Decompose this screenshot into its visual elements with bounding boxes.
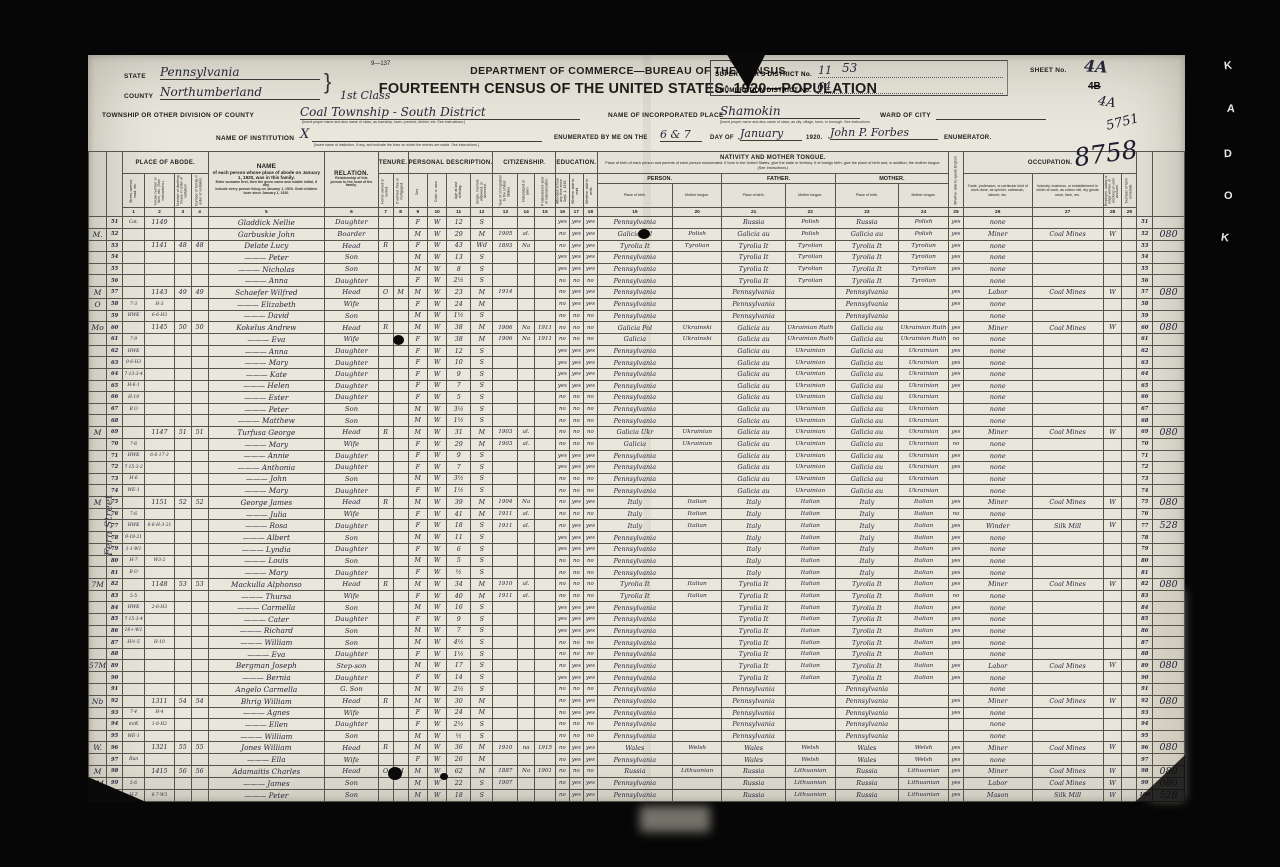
mother-tongue [672, 660, 722, 672]
age: 36 [447, 742, 471, 754]
street: 0-6-H3 [123, 357, 145, 369]
margin-mark [89, 345, 107, 357]
owned-free-or-mortgaged [393, 217, 408, 229]
industry-code [1153, 614, 1185, 626]
occupation: none [963, 275, 1032, 287]
home-owned-or-rented [378, 368, 393, 380]
industry-code [1153, 672, 1185, 684]
able-to-write: yes [583, 532, 597, 544]
margin-mark: M [89, 765, 107, 777]
farm-schedule [1122, 252, 1137, 264]
census-row: 62HWK——— AnnaDaughterFW12SyesyesyesPenns… [89, 345, 1185, 357]
immigration-year: 1887 [493, 765, 518, 777]
line-number-right: 96 [1137, 742, 1153, 754]
house-number [145, 648, 175, 660]
marital-status: S [471, 462, 493, 474]
father-mother-tongue: Ukrainian [785, 426, 835, 438]
employment-class [1103, 473, 1122, 485]
marital-status: S [471, 310, 493, 322]
margin-mark [89, 614, 107, 626]
naturalization-year [535, 660, 556, 672]
street [123, 496, 145, 508]
column-number: 8 [393, 208, 408, 217]
farm-schedule [1122, 567, 1137, 579]
speaks-english: yes [949, 625, 964, 637]
able-to-read: no [569, 403, 583, 415]
employment-class [1103, 217, 1122, 229]
industry-code: 080 [1153, 660, 1185, 672]
house-number: 1149 [145, 217, 175, 229]
family-number [191, 310, 208, 322]
mother-birthplace: Tyrolia It [835, 590, 898, 602]
home-owned-or-rented [378, 648, 393, 660]
able-to-write: no [583, 322, 597, 334]
mother-tongue [672, 544, 722, 556]
father-birthplace: Tyrolia It [722, 578, 785, 590]
birthplace: Pennsylvania [597, 462, 672, 474]
margin-mark: Mo [89, 322, 107, 334]
owned-free-or-mortgaged [393, 719, 408, 731]
column-number: 20 [672, 208, 722, 217]
father-birthplace: Italy [722, 496, 785, 508]
able-to-read: yes [569, 695, 583, 707]
margin-mark [89, 730, 107, 742]
occupation: none [963, 625, 1032, 637]
marital-status: S [471, 614, 493, 626]
line-number: 80 [107, 555, 123, 567]
mother-mother-tongue: Ukrainian [899, 368, 949, 380]
home-owned-or-rented [378, 625, 393, 637]
occupation: Miner [963, 496, 1032, 508]
dwelling-number: 53 [174, 578, 191, 590]
speaks-english: no [949, 438, 964, 450]
nativity-subgroup: MOTHER. [835, 174, 948, 184]
father-mother-tongue: Ukrainian [785, 345, 835, 357]
attended-school: no [555, 742, 569, 754]
owned-free-or-mortgaged [393, 310, 408, 322]
dwelling-number: 56 [174, 765, 191, 777]
dwelling-number [174, 380, 191, 392]
street: 7-4 [123, 707, 145, 719]
birthplace: Pennsylvania [597, 555, 672, 567]
naturalized-or-alien [518, 357, 535, 369]
age: 23 [447, 286, 471, 298]
house-number [145, 345, 175, 357]
owned-free-or-mortgaged [393, 532, 408, 544]
group-place-of-abode: PLACE OF ABODE. [123, 152, 208, 174]
employment-class [1103, 614, 1122, 626]
line-number-right: 97 [1137, 754, 1153, 766]
attended-school: no [555, 754, 569, 766]
margin-mark [89, 263, 107, 275]
naturalized-or-alien [518, 684, 535, 696]
mother-tongue [672, 730, 722, 742]
speaks-english: yes [949, 544, 964, 556]
column-note: Attended school any time since Sept. 1, … [555, 174, 569, 208]
header-group-row: PLACE OF ABODE. NAME of each person whos… [89, 152, 1185, 174]
house-number: 1151 [145, 496, 175, 508]
color-or-race: W [427, 368, 446, 380]
marital-status: S [471, 672, 493, 684]
name: Delate Lucy [208, 240, 325, 252]
color-or-race: W [427, 496, 446, 508]
occupation: Winder [963, 520, 1032, 532]
relation: Head [325, 240, 378, 252]
birthplace: Galicia Pol [597, 322, 672, 334]
able-to-read: no [569, 275, 583, 287]
name: ——— Eva [208, 334, 325, 346]
column-number: 14 [518, 208, 535, 217]
street: 5-5 [123, 590, 145, 602]
home-owned-or-rented [378, 462, 393, 474]
father-mother-tongue: Lithuanian [785, 789, 835, 801]
column-note: Street, avenue, road, etc. [123, 174, 145, 208]
naturalization-year [535, 228, 556, 240]
marital-status: M [471, 754, 493, 766]
home-owned-or-rented [378, 719, 393, 731]
naturalized-or-alien [518, 777, 535, 789]
family-number [191, 450, 208, 462]
home-owned-or-rented [378, 380, 393, 392]
employment-class [1103, 532, 1122, 544]
mother-birthplace: Pennsylvania [835, 298, 898, 310]
incorporated-place-value: Shamokin [720, 104, 860, 119]
mother-mother-tongue [899, 310, 949, 322]
relation: Daughter [325, 462, 378, 474]
relation: Head [325, 578, 378, 590]
home-owned-or-rented [378, 789, 393, 801]
street: 7-15-3-4 [123, 614, 145, 626]
industry [1032, 310, 1103, 322]
street [123, 263, 145, 275]
age: 43 [447, 240, 471, 252]
father-birthplace: Tyrolia It [722, 275, 785, 287]
industry-code [1153, 275, 1185, 287]
house-number [145, 672, 175, 684]
birthplace: Pennsylvania [597, 730, 672, 742]
name: Garbuskie John [208, 228, 325, 240]
immigration-year [493, 754, 518, 766]
immigration-year [493, 415, 518, 427]
relation: Son [325, 415, 378, 427]
film-brand-letter: A [1227, 103, 1236, 116]
attended-school: yes [555, 602, 569, 614]
mother-tongue [672, 473, 722, 485]
industry [1032, 357, 1103, 369]
mother-mother-tongue: Ukrainian [899, 403, 949, 415]
able-to-write: yes [583, 217, 597, 229]
color-or-race: W [427, 357, 446, 369]
column-number: 17 [569, 208, 583, 217]
mother-tongue: Ukrainian [672, 426, 722, 438]
family-number [191, 637, 208, 649]
home-owned-or-rented [378, 357, 393, 369]
naturalized-or-alien [518, 707, 535, 719]
sex: M [408, 415, 427, 427]
house-number: 6-6-H-3-21 [145, 520, 175, 532]
attended-school: no [555, 719, 569, 731]
census-row: 68——— MatthewSonMW1½SnononoPennsylvaniaG… [89, 415, 1185, 427]
speaks-english: yes [949, 322, 964, 334]
naturalization-year [535, 310, 556, 322]
street [123, 286, 145, 298]
age: 1½ [447, 485, 471, 497]
sex: M [408, 777, 427, 789]
attended-school: yes [555, 345, 569, 357]
mother-mother-tongue: Welsh [899, 754, 949, 766]
father-mother-tongue: Italian [785, 614, 835, 626]
mother-mother-tongue: Tyrolian [899, 252, 949, 264]
industry-code [1153, 637, 1185, 649]
mother-mother-tongue: Tyrolian [899, 275, 949, 287]
name: Jones William [208, 742, 325, 754]
table-body: 51Cat.1149Gladdick NellieDaughterFW12Sye… [89, 217, 1185, 802]
industry [1032, 684, 1103, 696]
industry-code: 528 [1153, 520, 1185, 532]
age: ½ [447, 567, 471, 579]
census-table: PLACE OF ABODE. NAME of each person whos… [88, 151, 1185, 802]
street: HWK [123, 450, 145, 462]
father-mother-tongue: Italian [785, 555, 835, 567]
able-to-write: yes [583, 625, 597, 637]
name: George James [208, 496, 325, 508]
sex: F [408, 368, 427, 380]
name: ——— Helen [208, 380, 325, 392]
speaks-english: yes [949, 532, 964, 544]
dwelling-number [174, 450, 191, 462]
census-row: 88——— EvaDaughterFW1½SnononoPennsylvania… [89, 648, 1185, 660]
attended-school: no [555, 578, 569, 590]
father-mother-tongue: Lithuanian [785, 765, 835, 777]
column-note: Age at last birthday. [447, 174, 471, 208]
occupation: none [963, 544, 1032, 556]
immigration-year: 1893 [493, 240, 518, 252]
naturalized-or-alien [518, 730, 535, 742]
name: ——— Mary [208, 567, 325, 579]
employment-class [1103, 298, 1122, 310]
line-number: 53 [107, 240, 123, 252]
mother-mother-tongue [899, 730, 949, 742]
age: ½ [447, 730, 471, 742]
employment-class [1103, 345, 1122, 357]
age: 6 [447, 544, 471, 556]
birthplace: Pennsylvania [597, 719, 672, 731]
sex: M [408, 322, 427, 334]
relation: Son [325, 555, 378, 567]
father-birthplace: Galicia au [722, 403, 785, 415]
line-number-right: 55 [1137, 263, 1153, 275]
color-or-race: W [427, 263, 446, 275]
census-row: 57M89Bergman JosephStep-sonMW17Snoyesyes… [89, 660, 1185, 672]
able-to-read: no [569, 648, 583, 660]
relation: Head [325, 286, 378, 298]
industry-code [1153, 415, 1185, 427]
sex: F [408, 275, 427, 287]
owned-free-or-mortgaged [393, 637, 408, 649]
group-name: NAME of each person whose place of abode… [208, 152, 325, 208]
relation: Head [325, 742, 378, 754]
marital-status: M [471, 590, 493, 602]
immigration-year [493, 672, 518, 684]
able-to-read: no [569, 730, 583, 742]
farm-schedule [1122, 625, 1137, 637]
color-or-race: W [427, 228, 446, 240]
mother-tongue: Polish [672, 228, 722, 240]
birthplace: Pennsylvania [597, 602, 672, 614]
incorporated-place-label: NAME OF INCORPORATED PLACE [608, 112, 724, 119]
mother-birthplace: Pennsylvania [835, 286, 898, 298]
enumerator-label: ENUMERATOR. [944, 135, 991, 141]
house-number: 6-6-H3 [145, 310, 175, 322]
name: ——— Kate [208, 368, 325, 380]
naturalized-or-alien [518, 719, 535, 731]
margin-mark [89, 684, 107, 696]
census-row: 55——— NicholasSonMW8SyesyesyesPennsylvan… [89, 263, 1185, 275]
name: ——— Peter [208, 789, 325, 801]
margin-mark [89, 625, 107, 637]
sex: F [408, 392, 427, 404]
industry [1032, 602, 1103, 614]
column-note: Trade, profession, or particular kind of… [963, 174, 1032, 208]
line-number-right: 71 [1137, 450, 1153, 462]
employment-class [1103, 275, 1122, 287]
birthplace: Pennsylvania [597, 754, 672, 766]
farm-schedule [1122, 392, 1137, 404]
attended-school: no [555, 590, 569, 602]
industry-code [1153, 625, 1185, 637]
census-row: 90——— BerniaDaughterFW14SyesyesyesPennsy… [89, 672, 1185, 684]
sheet-number-crossed: 4B [1088, 81, 1101, 92]
margin-mark: 7M [89, 578, 107, 590]
census-row: 87H½-5H-10——— WilliamSonMW4½SnononoPenns… [89, 637, 1185, 649]
able-to-write: no [583, 310, 597, 322]
street [123, 426, 145, 438]
birthplace: Pennsylvania [597, 473, 672, 485]
dwelling-number [174, 730, 191, 742]
mother-tongue: Welsh [672, 742, 722, 754]
birthplace: Pennsylvania [597, 544, 672, 556]
column-note: If owned, free or mortgaged. [393, 174, 408, 208]
father-birthplace: Russia [722, 789, 785, 801]
home-owned-or-rented [378, 485, 393, 497]
industry [1032, 252, 1103, 264]
naturalization-year [535, 462, 556, 474]
family-number [191, 648, 208, 660]
line-number-right: 92 [1137, 695, 1153, 707]
industry-code [1153, 590, 1185, 602]
speaks-english: yes [949, 240, 964, 252]
mother-tongue [672, 345, 722, 357]
birthplace: Galicia [597, 438, 672, 450]
father-mother-tongue: Ukrainian [785, 450, 835, 462]
naturalized-or-alien [518, 614, 535, 626]
color-or-race: W [427, 217, 446, 229]
mother-birthplace: Galicia au [835, 485, 898, 497]
street: 7-13-3-4 [123, 368, 145, 380]
industry [1032, 719, 1103, 731]
employment-class: W [1103, 777, 1122, 789]
able-to-read: no [569, 567, 583, 579]
farm-schedule [1122, 614, 1137, 626]
column-note: Employer, salary or wage worker, or work… [1103, 174, 1122, 208]
line-number-right: 66 [1137, 392, 1153, 404]
street [123, 695, 145, 707]
relation: Daughter [325, 719, 378, 731]
census-sheet: 9—137 [D1—578] DEPARTMENT OF COMMERCE—BU… [88, 55, 1185, 802]
farm-schedule [1122, 298, 1137, 310]
street [123, 684, 145, 696]
age: 17 [447, 660, 471, 672]
father-mother-tongue: Italian [785, 567, 835, 579]
mother-mother-tongue: Lithuanian [899, 765, 949, 777]
color-or-race: W [427, 415, 446, 427]
birthplace: Tyrolia It [597, 578, 672, 590]
township-value: Coal Township - South District [300, 105, 580, 120]
group-personal-description: PERSONAL DESCRIPTION. [408, 152, 493, 174]
name: ——— Nicholas [208, 263, 325, 275]
sex: M [408, 695, 427, 707]
attended-school: yes [555, 672, 569, 684]
industry: Silk Mill [1032, 789, 1103, 801]
mother-mother-tongue: Ukrainian Ruth [899, 322, 949, 334]
naturalized-or-alien: al. [518, 590, 535, 602]
table-header: PLACE OF ABODE. NAME of each person whos… [89, 152, 1185, 217]
able-to-write: yes [583, 462, 597, 474]
sheet-number-label: SHEET No. [1030, 67, 1067, 74]
birthplace: Pennsylvania [597, 789, 672, 801]
able-to-write: yes [583, 672, 597, 684]
birthplace: Pennsylvania [597, 392, 672, 404]
age: 12 [447, 217, 471, 229]
industry [1032, 334, 1103, 346]
naturalization-year [535, 520, 556, 532]
able-to-read: no [569, 426, 583, 438]
birthplace: Pennsylvania [597, 672, 672, 684]
naturalized-or-alien [518, 567, 535, 579]
occupation: Labor [963, 777, 1032, 789]
attended-school: no [555, 730, 569, 742]
immigration-year [493, 660, 518, 672]
naturalization-year: 1911 [535, 322, 556, 334]
mother-birthplace: Galicia au [835, 426, 898, 438]
owned-free-or-mortgaged [393, 614, 408, 626]
owned-free-or-mortgaged [393, 695, 408, 707]
employment-class [1103, 602, 1122, 614]
house-number [145, 567, 175, 579]
street: WE-1 [123, 730, 145, 742]
name: Bergman Joseph [208, 660, 325, 672]
age: 24 [447, 707, 471, 719]
immigration-year: 1914 [493, 286, 518, 298]
attended-school: yes [555, 462, 569, 474]
father-mother-tongue: Tyrolian [785, 275, 835, 287]
industry-code [1153, 684, 1185, 696]
line-number-right: 65 [1137, 380, 1153, 392]
speaks-english: no [949, 508, 964, 520]
marital-status: S [471, 415, 493, 427]
mother-tongue [672, 485, 722, 497]
house-number [145, 544, 175, 556]
column-note: Industry, business, or establishment in … [1032, 174, 1103, 208]
attended-school: yes [555, 357, 569, 369]
column-note: Number of dwelling house in order of vis… [174, 174, 191, 208]
age: 8 [447, 263, 471, 275]
attended-school: no [555, 684, 569, 696]
industry-code: 080 [1153, 322, 1185, 334]
color-or-race: W [427, 567, 446, 579]
mother-birthplace: Galicia au [835, 228, 898, 240]
employment-class [1103, 368, 1122, 380]
